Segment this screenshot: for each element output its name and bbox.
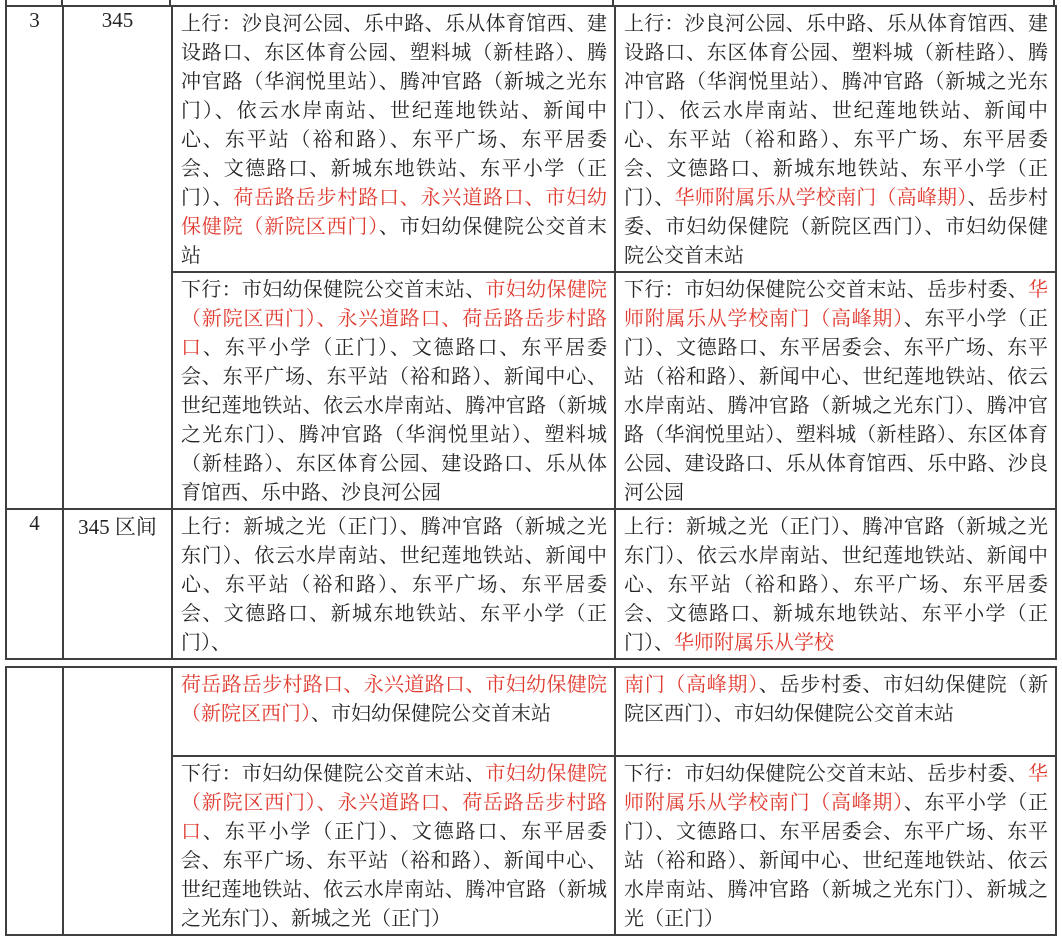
bus-route-table-upper: 3 345 上行：沙良河公园、乐中路、乐从体育馆西、建设路口、东区体育公园、塑料… [5,5,1057,660]
route-4-down-right-cell: 下行：市妇幼保健院公交首末站、岳步村委、华师附属乐从学校南门（高峰期）、东平小学… [615,756,1056,935]
column-rule-stub [5,0,7,5]
route-4-up-right-cell: 上行：新城之光（正门）、腾冲官路（新城之光东门）、依云水岸南站、世纪莲地铁站、新… [615,509,1056,659]
route-3-down-right-cell: 下行：市妇幼保健院公交首末站、岳步村委、华师附属乐从学校南门（高峰期）、东平小学… [615,272,1056,509]
station-text: 、东平小学（正门）、文德路口、东平居委会、东平广场、东平站（裕和路）、新闻中心、… [181,821,607,930]
route-4-up-row: 4 345 区间 上行：新城之光（正门）、腾冲官路（新城之光东门）、依云水岸南站… [6,509,1056,659]
route-3-index-cell: 3 [6,6,63,509]
station-text: 下行：市妇幼保健院公交首末站、 [181,763,486,785]
column-rule-stub [612,0,614,5]
route-4-up-continuation-row: 荷岳路岳步村路口、永兴道路口、市妇幼保健院（新院区西门）、市妇幼保健院公交首末站… [6,667,1056,756]
column-rule-stub [1053,0,1055,5]
station-text: 上行：沙良河公园、乐中路、乐从体育馆西、建设路口、东区体育公园、塑料城（新桂路）… [181,13,607,209]
station-text: 上行：沙良河公园、乐中路、乐从体育馆西、建设路口、东区体育公园、塑料城（新桂路）… [624,13,1048,209]
route-3-down-left-cell: 下行：市妇幼保健院公交首末站、市妇幼保健院（新院区西门）、永兴道路口、荷岳路岳步… [172,272,615,509]
route-3-number-cell: 345 [63,6,172,509]
route-3-up-right-cell: 上行：沙良河公园、乐中路、乐从体育馆西、建设路口、东区体育公园、塑料城（新桂路）… [615,6,1056,272]
station-text: 、市妇幼保健院公交首末站 [311,703,551,725]
station-text: 下行：市妇幼保健院公交首末站、岳步村委、 [624,763,1028,785]
column-rule-stub [61,0,63,5]
route-3-up-left-cell: 上行：沙良河公园、乐中路、乐从体育馆西、建设路口、东区体育公园、塑料城（新桂路）… [172,6,615,272]
route-4-up-left-cell: 上行：新城之光（正门）、腾冲官路（新城之光东门）、依云水岸南站、世纪莲地铁站、新… [172,509,615,659]
station-text: 、东平小学（正门）、文德路口、东平居委会、东平广场、东平站（裕和路）、新闻中心、… [624,308,1048,504]
route-4-up-left-continuation-cell: 荷岳路岳步村路口、永兴道路口、市妇幼保健院（新院区西门）、市妇幼保健院公交首末站 [172,667,615,756]
bus-routes-document: 3 345 上行：沙良河公园、乐中路、乐从体育馆西、建设路口、东区体育公园、塑料… [0,0,1062,936]
route-4-down-left-cell: 下行：市妇幼保健院公交首末站、市妇幼保健院（新院区西门）、永兴道路口、荷岳路岳步… [172,756,615,935]
highlighted-station-text: 南门（高峰期） [624,674,759,696]
route-4-index-continuation-cell [6,667,63,935]
bus-route-table-lower: 荷岳路岳步村路口、永兴道路口、市妇幼保健院（新院区西门）、市妇幼保健院公交首末站… [5,666,1057,936]
highlighted-station-text: 华师附属乐从学校南门（高峰期） [675,187,968,209]
route-4-number-cell: 345 区间 [63,509,172,659]
column-rule-stub [169,0,171,5]
station-text: 、东平小学（正门）、文德路口、东平居委会、东平广场、东平站（裕和路）、新闻中心、… [181,337,607,504]
route-4-index-cell: 4 [6,509,63,659]
station-text: 下行：市妇幼保健院公交首末站、岳步村委、 [624,279,1028,301]
station-text: 上行：新城之光（正门）、腾冲官路（新城之光东门）、依云水岸南站、世纪莲地铁站、新… [181,516,607,654]
station-text: 下行：市妇幼保健院公交首末站、 [181,279,486,301]
highlighted-station-text: 华师附属乐从学校 [674,632,834,654]
route-4-number-continuation-cell [63,667,172,935]
route-3-up-row: 3 345 上行：沙良河公园、乐中路、乐从体育馆西、建设路口、东区体育公园、塑料… [6,6,1056,272]
route-4-up-right-continuation-cell: 南门（高峰期）、岳步村委、市妇幼保健院（新院区西门）、市妇幼保健院公交首末站 [615,667,1056,756]
